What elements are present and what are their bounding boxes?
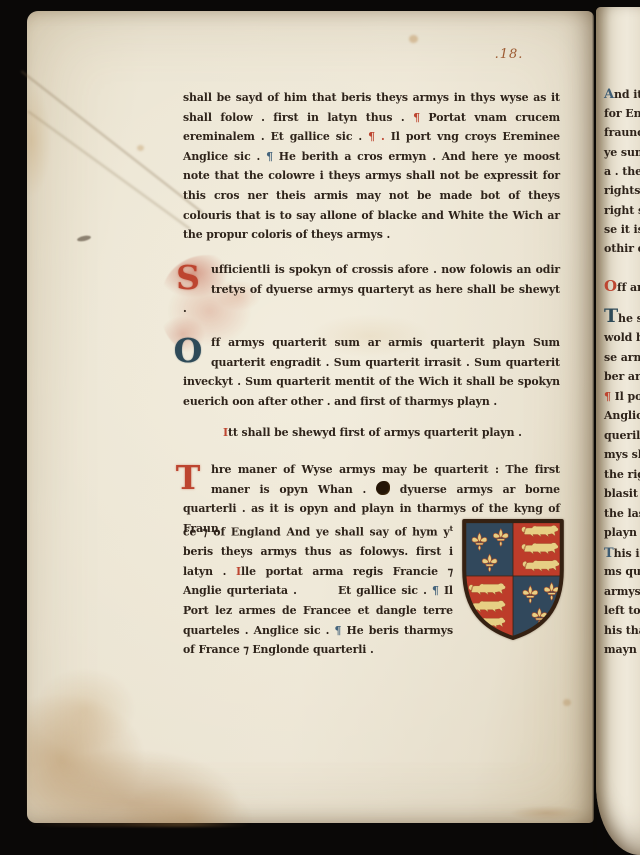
text-segment: rightsyde or sid [604,184,640,197]
folio-number: .18. [479,47,539,62]
text-segment: wold be that b [604,331,640,344]
ink-blot [376,481,390,495]
pilcrow-or-rubric: ¶ . [368,130,391,143]
pilcrow-or-rubric: ¶ [335,624,347,637]
drop-cap-initial: O [170,334,206,370]
corner-crease [28,110,191,229]
next-leaf-text-line: armys and so [604,585,640,598]
pilcrow-or-rubric: ¶ [413,111,428,124]
next-leaf-text-line: for Englond [604,107,640,120]
text-segment: ff ar [617,281,640,294]
next-leaf-text-line: The sec [604,305,640,327]
text-segment: the last . And [604,507,640,520]
text-segment: left to that a [604,604,640,617]
next-leaf-text-line: the right side p [604,468,640,481]
text-segment: tt shall be shewyd first of armys quarte… [228,426,522,439]
paragraph-off-armys-quarterit: Off armys quarterit sum ar armis quarter… [183,333,560,411]
text-segment: t [450,524,453,533]
text-segment: Anglice sic [604,409,640,422]
next-leaf-text-line: This is an o [604,546,640,561]
next-leaf-text-line: the last . And [604,507,640,520]
text-segment: querili . An [604,429,640,442]
next-leaf-text-line: playn armys q [604,526,640,539]
text-segment: armys and so [604,585,640,598]
pilcrow-or-rubric: ¶ [266,150,279,163]
next-leaf-text-line: ye sumed in [604,146,640,159]
text-segment: Il port q [615,390,640,403]
next-leaf-text-line: ¶ Il port q [604,390,640,403]
paragraph-france-england-quarterli: ce ⁊ of England And ye shall say of hym … [183,519,560,660]
next-leaf-text-line: mayn quarili [604,643,640,656]
text-segment: O [604,277,617,295]
next-leaf-text-line: blasit : ye mo [604,487,640,500]
paragraph-sufficiently-spoken: Sufficientli is spokyn of crossis afore … [183,260,560,319]
next-leaf-text-line: rightsyde or sid [604,184,640,197]
text-segment: ber arma diu [604,370,640,383]
paragraph-itt-shall-be-shewyd: Itt shall be shewyd first of armys quart… [183,423,560,443]
foxing-spot [137,145,144,151]
text-segment: T [604,305,618,327]
edge-stain [27,66,71,216]
next-leaf-text-line: a . then ye sho [604,165,640,178]
text-segment: T [604,546,614,561]
text-segment: he sec [618,312,640,325]
next-leaf-text-line: se it is not tha [604,223,640,236]
text-segment: for Englond [604,107,640,120]
text-segment: his is an o [614,547,640,560]
next-leaf-text-line: fraunce in a [604,126,640,139]
text-segment: He berith a cros ermyn . And here ye moo… [183,150,560,241]
text-segment: the right side p [604,468,640,481]
next-leaf-text-line: se armys quar [604,351,640,364]
pilcrow-or-rubric: ¶ [432,584,444,597]
text-segment: mayn quarili [604,643,640,656]
paragraph-cross-ermine: shall be sayd of him that beris theys ar… [183,88,560,245]
text-segment: othir equall . s [604,242,640,255]
manuscript-photo: .18. shall be sayd of him that beris the… [0,0,640,855]
coat-of-arms-shield [460,517,566,643]
next-leaf-text-line: Anglice sic [604,409,640,422]
manuscript-page: .18. shall be sayd of him that beris the… [27,11,594,823]
text-segment: se it is not tha [604,223,640,236]
text-segment: mys shulde be [604,448,640,461]
corner-crease [21,70,203,213]
text-segment: Et gallice sic . [338,584,432,597]
drop-cap-initial: T [170,461,206,497]
next-leaf-text-line: ms quarterit [604,565,640,578]
next-leaf-edge: And it shafor Englondfraunce in aye sume… [596,7,640,855]
text-segment: ff armys quarterit sum ar armis quarteri… [183,336,560,408]
text-segment: A [604,87,614,102]
next-leaf-text-line: wold be that b [604,331,640,344]
text-segment: fraunce in a [604,126,640,139]
next-leaf-text-line: mys shulde be [604,448,640,461]
text-segment: se armys quar [604,351,640,364]
foxing-spot [409,35,418,43]
foxing-spot [563,699,571,706]
text-segment: ufficientli is spokyn of crossis afore .… [183,263,560,315]
text-segment: playn armys q [604,526,640,539]
margin-speck [77,235,92,243]
edge-stain [497,803,597,823]
pilcrow-or-rubric: ¶ [604,390,615,403]
next-leaf-text-line: his tharmes [604,624,640,637]
text-segment: nd it sha [614,88,640,101]
next-leaf-text-line: And it sha [604,87,640,102]
next-leaf-text-line: ber arma diu [604,370,640,383]
drop-cap-initial: S [170,261,206,297]
text-segment: right side of yt [604,204,640,217]
water-stain [27,659,317,827]
next-leaf-text-line: left to that a [604,604,640,617]
text-segment: his tharmes [604,624,640,637]
next-leaf-text-line: right side of yt [604,204,640,217]
quarter-1-france [460,517,513,576]
text-segment: blasit : ye mo [604,487,640,500]
text-segment: a . then ye sho [604,165,640,178]
next-leaf-text-line: othir equall . s [604,242,640,255]
text-segment: ye sumed in [604,146,640,159]
text-segment: ce ⁊ of England And ye shall say of hym … [183,526,450,539]
next-leaf-text-line: Off ar [604,277,640,295]
next-leaf-text-line: querili . An [604,429,640,442]
text-segment: ms quarterit [604,565,640,578]
